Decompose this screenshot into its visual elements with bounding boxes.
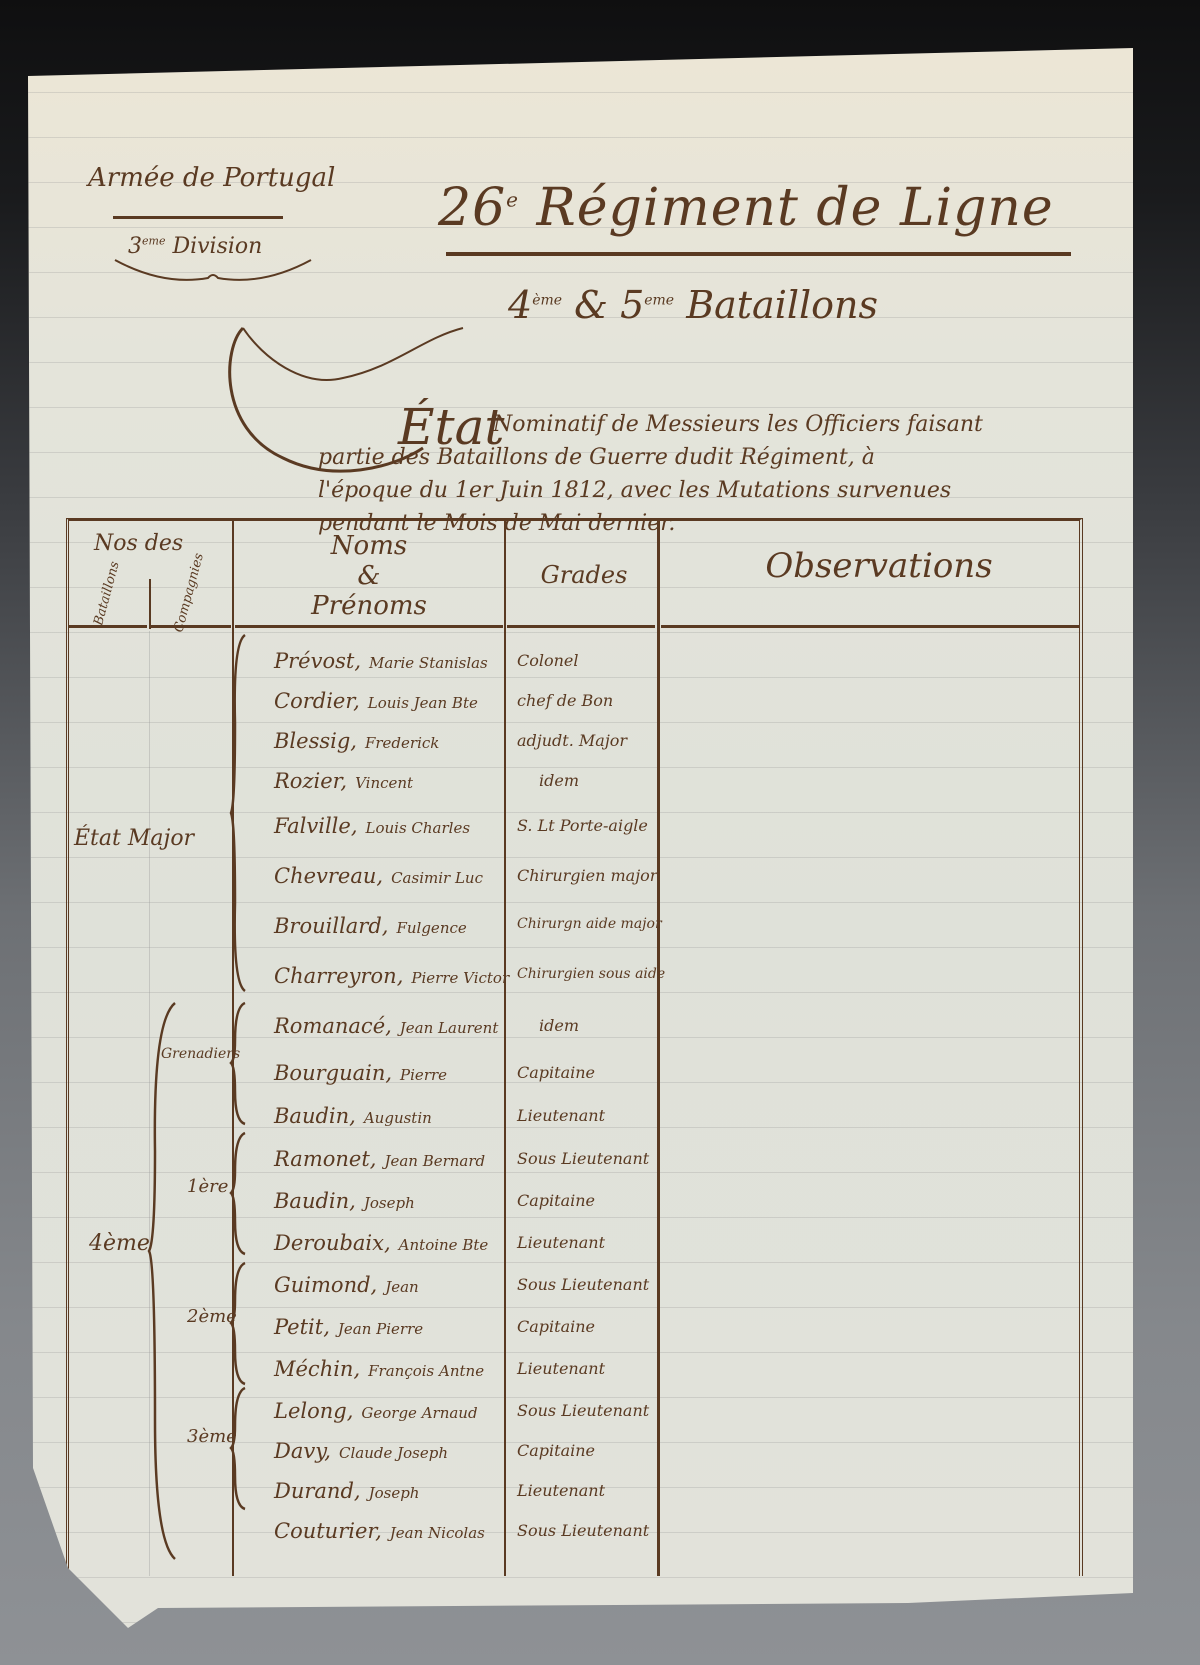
officer-name: Blessig,Frederick: [274, 729, 504, 753]
officer-grade: idem: [539, 1016, 684, 1035]
given-names: Louis Jean Bte: [368, 694, 478, 712]
table-row: Durand,JosephLieutenant: [69, 1479, 1119, 1517]
officer-name: Falville,Louis Charles: [274, 814, 504, 838]
regiment-name: Régiment de Ligne: [537, 178, 1054, 238]
given-names: Vincent: [355, 774, 413, 792]
given-names: Frederick: [365, 734, 439, 752]
given-names: Jean Pierre: [338, 1320, 423, 1338]
officer-grade: Sous Lieutenant: [517, 1275, 662, 1294]
header-names-line-2: &: [239, 561, 499, 591]
officer-grade: idem: [539, 771, 684, 790]
officer-name: Durand,Joseph: [274, 1479, 504, 1503]
officers-table: Nos des Bataillons Compagnies Noms & Pré…: [66, 518, 1083, 1576]
officer-name: Méchin,François Antne: [274, 1357, 504, 1381]
given-names: Claude Joseph: [339, 1444, 448, 1462]
officer-grade: Sous Lieutenant: [517, 1401, 662, 1420]
surname: Chevreau,: [274, 864, 383, 888]
division-ordinal: 3: [128, 234, 142, 259]
surname: Brouillard,: [274, 914, 388, 938]
intro-line-2: partie des Bataillons de Guerre dudit Ré…: [318, 441, 1118, 474]
officer-grade: Capitaine: [517, 1191, 662, 1210]
battalions-title: 4ème & 5eme Bataillons: [508, 283, 878, 327]
table-row: Prévost,Marie StanislasColonel: [69, 649, 1119, 687]
surname: Cordier,: [274, 689, 360, 713]
officer-grade: Chirurgn aide major: [517, 916, 662, 932]
table-row: Baudin,JosephCapitaine: [69, 1189, 1119, 1227]
table-row: Chevreau,Casimir LucChirurgien major: [69, 864, 1119, 902]
given-names: Pierre Victor: [411, 969, 509, 987]
intro-line-1: Nominatif de Messieurs les Officiers fai…: [318, 408, 1118, 441]
officer-grade: Sous Lieutenant: [517, 1149, 662, 1168]
header-names: Noms & Prénoms: [239, 531, 499, 621]
table-row: Baudin,AugustinLieutenant: [69, 1104, 1119, 1142]
header-companies: Compagnies: [171, 553, 206, 634]
surname: Blessig,: [274, 729, 357, 753]
surname: Romanacé,: [274, 1014, 392, 1038]
table-row: Lelong,George ArnaudSous Lieutenant: [69, 1399, 1119, 1437]
table-row: Bourguain,PierreCapitaine: [69, 1061, 1119, 1099]
battalion-4: 4: [508, 283, 532, 327]
surname: Prévost,: [274, 649, 361, 673]
given-names: Jean: [385, 1278, 419, 1296]
header-names-line-1: Noms: [239, 531, 499, 561]
given-names: Joseph: [369, 1484, 420, 1502]
given-names: Louis Charles: [366, 819, 471, 837]
header-observations: Observations: [669, 546, 1089, 586]
officer-grade: Chirurgien major: [517, 866, 662, 885]
given-names: Jean Bernard: [384, 1152, 485, 1170]
surname: Bourguain,: [274, 1061, 392, 1085]
surname: Lelong,: [274, 1399, 353, 1423]
battalion-5-suffix: eme: [644, 292, 674, 308]
surname: Petit,: [274, 1315, 330, 1339]
officer-grade: Capitaine: [517, 1441, 662, 1460]
surname: Rozier,: [274, 769, 347, 793]
given-names: Jean Nicolas: [390, 1524, 485, 1542]
intro-line-3: l'époque du 1er Juin 1812, avec les Muta…: [318, 474, 1118, 507]
officer-name: Baudin,Augustin: [274, 1104, 504, 1128]
table-row: Méchin,François AntneLieutenant: [69, 1357, 1119, 1395]
surname: Deroubaix,: [274, 1231, 391, 1255]
surname: Ramonet,: [274, 1147, 376, 1171]
officer-name: Rozier,Vincent: [274, 769, 504, 793]
regiment-number: 26: [438, 178, 506, 238]
table-row: Deroubaix,Antoine BteLieutenant: [69, 1231, 1119, 1269]
officer-name: Chevreau,Casimir Luc: [274, 864, 504, 888]
officer-name: Guimond,Jean: [274, 1273, 504, 1297]
surname: Baudin,: [274, 1104, 356, 1128]
col-divider-bat-comp-head: [149, 579, 151, 629]
officer-name: Davy,Claude Joseph: [274, 1439, 504, 1463]
officer-grade: Chirurgien sous aide: [517, 966, 662, 982]
regiment-underline: [446, 252, 1071, 256]
officer-grade: adjudt. Major: [517, 731, 662, 750]
header-grades: Grades: [509, 561, 659, 589]
surname: Davy,: [274, 1439, 331, 1463]
surname: Charreyron,: [274, 964, 403, 988]
surname: Durand,: [274, 1479, 361, 1503]
header-numbers: Nos des: [94, 531, 183, 556]
ampersand: &: [574, 283, 608, 327]
header-rule: [235, 625, 503, 628]
table-row: Charreyron,Pierre VictorChirurgien sous …: [69, 964, 1119, 1002]
header-rule: [507, 625, 655, 628]
officer-name: Baudin,Joseph: [274, 1189, 504, 1213]
manuscript-page: Armée de Portugal 3eme Division 26e Régi…: [28, 48, 1133, 1628]
battalion-4-suffix: ème: [532, 292, 562, 308]
given-names: Joseph: [364, 1194, 415, 1212]
given-names: Antoine Bte: [399, 1236, 489, 1254]
surname: Couturier,: [274, 1519, 382, 1543]
division-label: 3eme Division: [128, 234, 262, 259]
regiment-title: 26e Régiment de Ligne: [438, 178, 1054, 238]
given-names: Casimir Luc: [391, 869, 483, 887]
officer-name: Romanacé,Jean Laurent: [274, 1014, 504, 1038]
given-names: Fulgence: [396, 919, 466, 937]
given-names: Jean Laurent: [400, 1019, 499, 1037]
officer-grade: Capitaine: [517, 1317, 662, 1336]
header-rule: [661, 625, 1079, 628]
officer-grade: chef de Bon: [517, 691, 662, 710]
division-ordinal-suffix: eme: [142, 235, 165, 248]
officer-name: Couturier,Jean Nicolas: [274, 1519, 504, 1543]
officer-name: Bourguain,Pierre: [274, 1061, 504, 1085]
header-names-line-3: Prénoms: [239, 591, 499, 621]
officer-name: Cordier,Louis Jean Bte: [274, 689, 504, 713]
officer-grade: Lieutenant: [517, 1481, 662, 1500]
battalions-word: Bataillons: [686, 283, 878, 327]
officer-grade: Lieutenant: [517, 1106, 662, 1125]
given-names: Marie Stanislas: [369, 654, 488, 672]
table-row: Romanacé,Jean Laurentidem: [69, 1014, 1119, 1052]
table-row: Cordier,Louis Jean Btechef de Bon: [69, 689, 1119, 727]
given-names: François Antne: [368, 1362, 484, 1380]
surname: Falville,: [274, 814, 358, 838]
officer-name: Deroubaix,Antoine Bte: [274, 1231, 504, 1255]
officer-name: Prévost,Marie Stanislas: [274, 649, 504, 673]
table-row: Guimond,JeanSous Lieutenant: [69, 1273, 1119, 1311]
table-row: Falville,Louis CharlesS. Lt Porte-aigle: [69, 814, 1119, 852]
officer-grade: Colonel: [517, 651, 662, 670]
officer-grade: Sous Lieutenant: [517, 1521, 662, 1540]
officer-name: Petit,Jean Pierre: [274, 1315, 504, 1339]
surname: Méchin,: [274, 1357, 360, 1381]
army-name: Armée de Portugal: [88, 163, 335, 193]
officer-name: Charreyron,Pierre Victor: [274, 964, 504, 988]
header-battalions: Bataillons: [89, 553, 124, 634]
header-rule: [69, 625, 147, 628]
officer-name: Brouillard,Fulgence: [274, 914, 504, 938]
table-row: Brouillard,FulgenceChirurgn aide major: [69, 914, 1119, 952]
given-names: Pierre: [400, 1066, 447, 1084]
officer-name: Lelong,George Arnaud: [274, 1399, 504, 1423]
officer-name: Ramonet,Jean Bernard: [274, 1147, 504, 1171]
table-row: Davy,Claude JosephCapitaine: [69, 1439, 1119, 1477]
table-row: Blessig,Frederickadjudt. Major: [69, 729, 1119, 767]
officer-grade: Capitaine: [517, 1063, 662, 1082]
table-row: Rozier,Vincentidem: [69, 769, 1119, 807]
flourish-ornament: [113, 258, 313, 288]
army-underline: [113, 216, 283, 219]
division-word: Division: [172, 234, 262, 259]
table-row: Petit,Jean PierreCapitaine: [69, 1315, 1119, 1353]
table-row: Couturier,Jean NicolasSous Lieutenant: [69, 1519, 1119, 1557]
table-row: Ramonet,Jean BernardSous Lieutenant: [69, 1147, 1119, 1185]
given-names: Augustin: [364, 1109, 432, 1127]
battalion-5: 5: [620, 283, 644, 327]
surname: Baudin,: [274, 1189, 356, 1213]
officer-grade: Lieutenant: [517, 1359, 662, 1378]
officer-grade: Lieutenant: [517, 1233, 662, 1252]
officer-grade: S. Lt Porte-aigle: [517, 816, 662, 835]
surname: Guimond,: [274, 1273, 377, 1297]
header-rule: [151, 625, 231, 628]
regiment-number-suffix: e: [506, 188, 519, 212]
given-names: George Arnaud: [361, 1404, 477, 1422]
